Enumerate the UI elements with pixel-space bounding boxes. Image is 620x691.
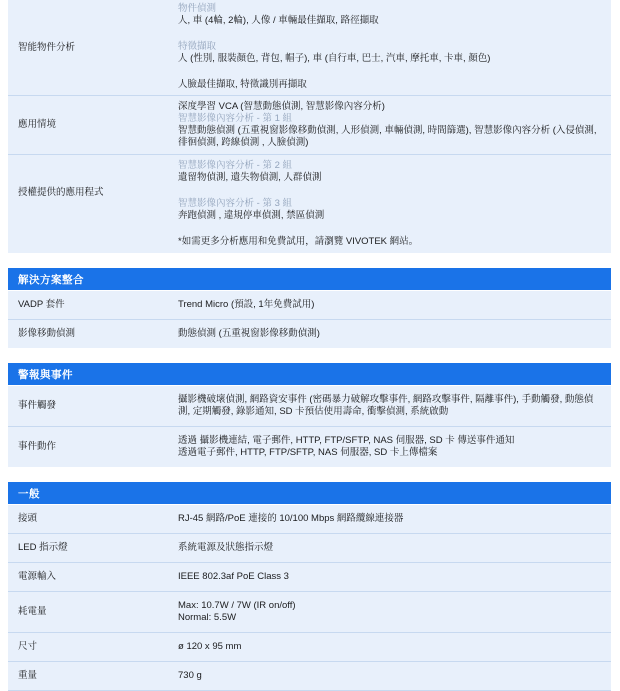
value-line: IEEE 802.3af PoE Class 3 [178,571,599,583]
row-label: 授權提供的應用程式 [8,155,178,253]
value-line: 人 (性別, 服裝顏色, 背包, 帽子), 車 (自行車, 巴士, 汽車, 摩托… [178,53,599,65]
value-subheading: 智慧影像內容分析 - 第 3 組 [178,198,599,210]
row-value: 透過 攝影機連結, 電子郵件, HTTP, FTP/SFTP, NAS 伺服器,… [178,427,611,467]
spec-row-led-indicator: LED 指示燈 系統電源及狀態指示燈 [8,533,611,562]
value-line: 透過電子郵件, HTTP, FTP/SFTP, NAS 伺服器, SD 卡上傳檔… [178,447,599,459]
value-line: RJ-45 網路/PoE 連接的 10/100 Mbps 網路纜線連接器 [178,513,599,525]
row-value: ø 120 x 95 mm [178,633,611,661]
value-line: 動態偵測 (五重視窗影像移動偵測) [178,328,599,340]
section-analytics: 智能物件分析 物件偵測 人, 車 (4輪, 2輪), 人像 / 車輛最佳擷取, … [8,0,611,253]
value-subheading: 智慧影像內容分析 - 第 2 組 [178,160,599,172]
row-value: 深度學習 VCA (智慧動態偵測, 智慧影像內容分析) 智慧影像內容分析 - 第… [178,96,611,154]
spec-sheet: 智能物件分析 物件偵測 人, 車 (4輪, 2輪), 人像 / 車輛最佳擷取, … [8,0,611,691]
spec-row-licensed-applications: 授權提供的應用程式 智慧影像內容分析 - 第 2 組 遺留物偵測, 遺失物偵測,… [8,154,611,253]
row-value: 智慧影像內容分析 - 第 2 組 遺留物偵測, 遺失物偵測, 人群偵測 智慧影像… [178,155,611,253]
value-line: 人臉最佳擷取, 特徵識別再擷取 [178,79,599,91]
value-line: Normal: 5.5W [178,612,599,624]
spec-row-weight: 重量 730 g [8,661,611,691]
spec-row-power-consumption: 耗電量 Max: 10.7W / 7W (IR on/off) Normal: … [8,591,611,632]
row-label: 影像移動偵測 [8,320,178,348]
value-subheading: 智慧影像內容分析 - 第 1 組 [178,113,599,125]
row-label: VADP 套件 [8,291,178,319]
row-value: RJ-45 網路/PoE 連接的 10/100 Mbps 網路纜線連接器 [178,505,611,533]
row-label: 接頭 [8,505,178,533]
row-label: 耗電量 [8,592,178,632]
row-label: LED 指示燈 [8,534,178,562]
row-value: 攝影機破壞偵測, 網路資安事件 (密碼暴力破解攻擊事件, 網路攻擊事件, 隔離事… [178,386,611,426]
value-line: Trend Micro (預設, 1年免費試用) [178,299,599,311]
row-label: 事件觸發 [8,386,178,426]
section-solution-integration: 解決方案整合 VADP 套件 Trend Micro (預設, 1年免費試用) … [8,268,611,348]
row-value: Max: 10.7W / 7W (IR on/off) Normal: 5.5W [178,592,611,632]
value-line: 人, 車 (4輪, 2輪), 人像 / 車輛最佳擷取, 路徑擷取 [178,15,599,27]
value-line: 系統電源及狀態指示燈 [178,542,599,554]
spec-row-power-input: 電源輸入 IEEE 802.3af PoE Class 3 [8,562,611,591]
section-header: 警報與事件 [8,363,611,385]
row-value: Trend Micro (預設, 1年免費試用) [178,291,611,319]
spec-row-event-action: 事件動作 透過 攝影機連結, 電子郵件, HTTP, FTP/SFTP, NAS… [8,426,611,467]
value-line: 攝影機破壞偵測, 網路資安事件 (密碼暴力破解攻擊事件, 網路攻擊事件, 隔離事… [178,394,599,418]
spec-row-event-trigger: 事件觸發 攝影機破壞偵測, 網路資安事件 (密碼暴力破解攻擊事件, 網路攻擊事件… [8,386,611,426]
footnote: *如需更多分析應用和免費試用，請瀏覽 VIVOTEK 網站。 [178,236,599,248]
section-header: 一般 [8,482,611,504]
row-label: 事件動作 [8,427,178,467]
value-line: Max: 10.7W / 7W (IR on/off) [178,600,599,612]
spec-row-smart-object-analysis: 智能物件分析 物件偵測 人, 車 (4輪, 2輪), 人像 / 車輛最佳擷取, … [8,0,611,95]
value-line: ø 120 x 95 mm [178,641,599,653]
spec-row-connector: 接頭 RJ-45 網路/PoE 連接的 10/100 Mbps 網路纜線連接器 [8,505,611,533]
value-subheading: 物件偵測 [178,3,599,15]
row-label: 智能物件分析 [8,0,178,95]
spec-row-dimensions: 尺寸 ø 120 x 95 mm [8,632,611,661]
row-label: 尺寸 [8,633,178,661]
value-line: 奔跑偵測 , 違規停車偵測, 禁區偵測 [178,210,599,222]
row-label: 應用情境 [8,96,178,154]
section-header: 解決方案整合 [8,268,611,290]
row-value: IEEE 802.3af PoE Class 3 [178,563,611,591]
row-label: 電源輸入 [8,563,178,591]
section-general: 一般 接頭 RJ-45 網路/PoE 連接的 10/100 Mbps 網路纜線連… [8,482,611,691]
row-value: 730 g [178,662,611,690]
spec-row-video-motion-detection: 影像移動偵測 動態偵測 (五重視窗影像移動偵測) [8,319,611,348]
value-line: 智慧動態偵測 (五重視窗影像移動偵測, 人形偵測, 車輛偵測, 時間篩選), 智… [178,125,599,149]
value-line: 透過 攝影機連結, 電子郵件, HTTP, FTP/SFTP, NAS 伺服器,… [178,435,599,447]
row-value: 動態偵測 (五重視窗影像移動偵測) [178,320,611,348]
section-alarm-events: 警報與事件 事件觸發 攝影機破壞偵測, 網路資安事件 (密碼暴力破解攻擊事件, … [8,363,611,467]
row-value: 物件偵測 人, 車 (4輪, 2輪), 人像 / 車輛最佳擷取, 路徑擷取 特徵… [178,0,611,95]
row-label: 重量 [8,662,178,690]
value-line: 遺留物偵測, 遺失物偵測, 人群偵測 [178,172,599,184]
value-line: 深度學習 VCA (智慧動態偵測, 智慧影像內容分析) [178,101,599,113]
spec-row-application-scenarios: 應用情境 深度學習 VCA (智慧動態偵測, 智慧影像內容分析) 智慧影像內容分… [8,95,611,154]
spec-row-vadp-package: VADP 套件 Trend Micro (預設, 1年免費試用) [8,291,611,319]
row-value: 系統電源及狀態指示燈 [178,534,611,562]
value-subheading: 特徵擷取 [178,41,599,53]
value-line: 730 g [178,670,599,682]
